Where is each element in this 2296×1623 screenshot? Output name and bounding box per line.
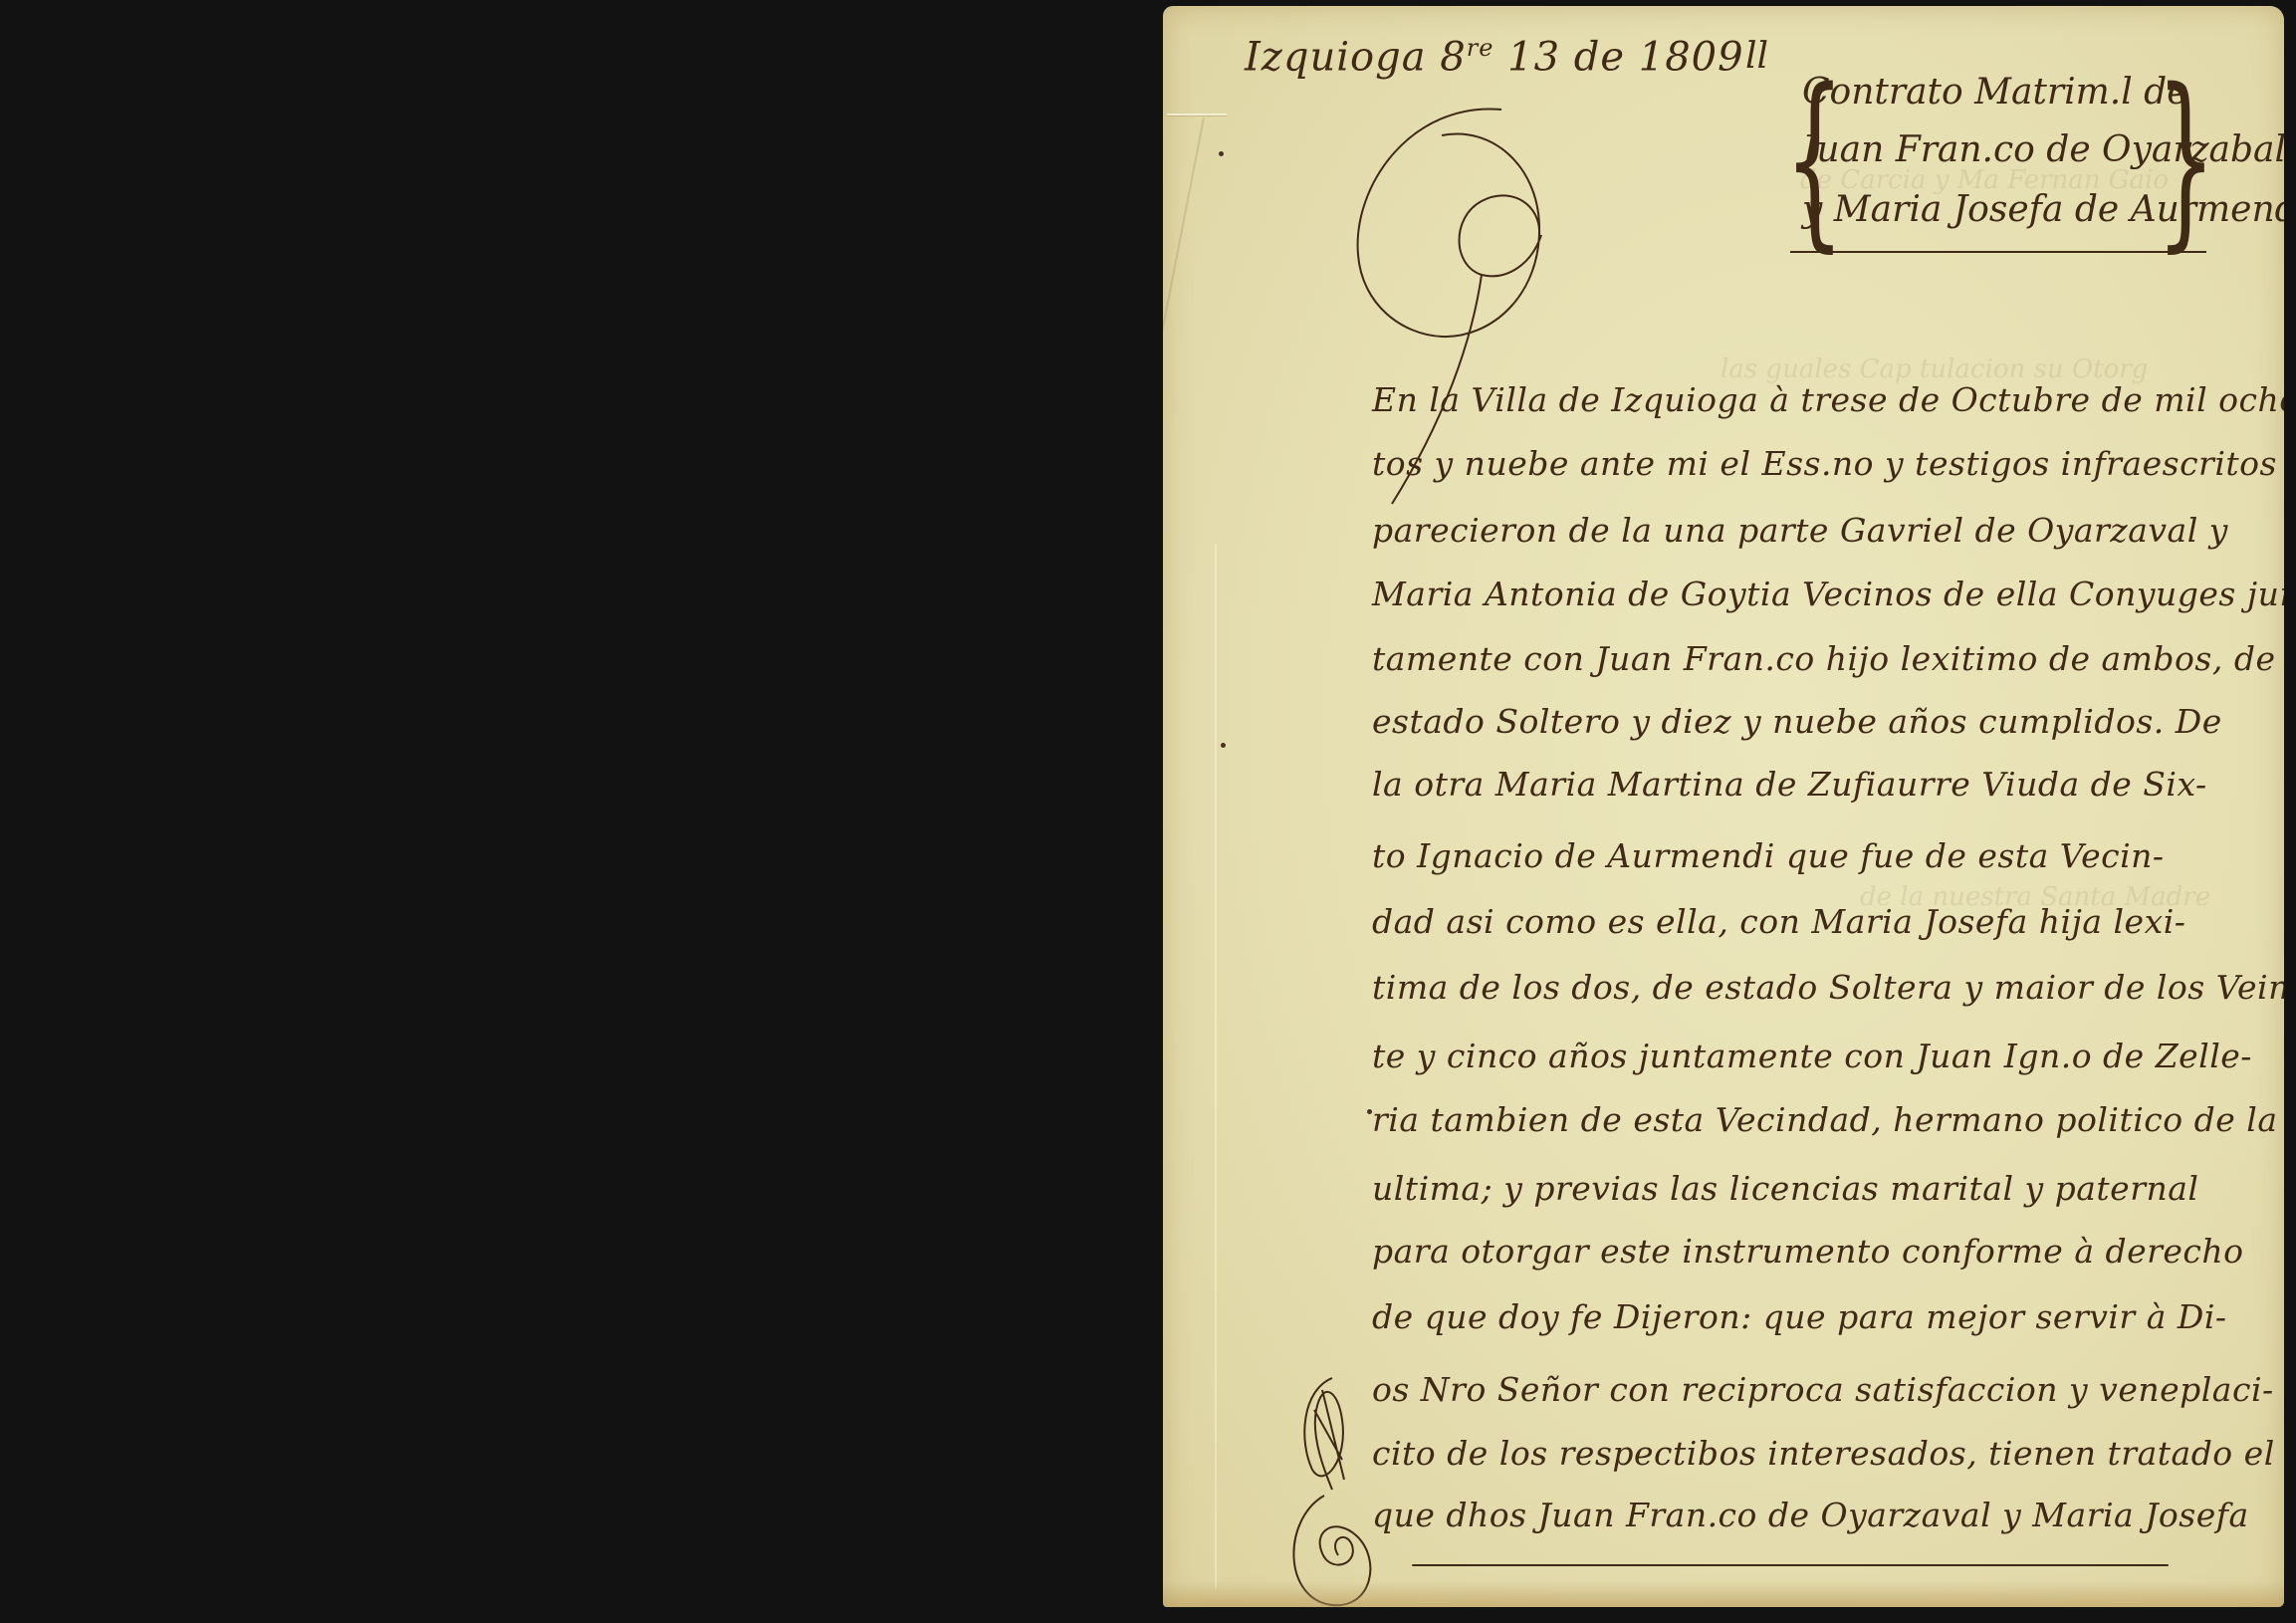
header-year: 1809 xyxy=(1639,34,1744,80)
body-line: ultima; y previas las licencias marital … xyxy=(1372,1169,2198,1208)
body-line: tos y nuebe ante mi el Ess.no y testigos… xyxy=(1372,444,2284,483)
body-line: cito de los respectibos interesados, tie… xyxy=(1372,1434,2275,1473)
body-line: Maria Antonia de Goytia Vecinos de ella … xyxy=(1372,575,2284,613)
body-line: te y cinco años juntamente con Juan Ign.… xyxy=(1372,1037,2252,1075)
manuscript-page: de Carcia y Ma Fernan Gaio las guales Ca… xyxy=(1163,6,2284,1607)
body-line: tima de los dos, de estado Soltera y mai… xyxy=(1372,968,2284,1007)
paper-fold-crease xyxy=(1167,114,1227,116)
title-line: Juan Fran.co de Oyarzabal xyxy=(1802,129,2284,170)
ink-spot xyxy=(1221,743,1226,748)
body-line: dad asi como es ella, con Maria Josefa h… xyxy=(1372,902,2185,941)
body-line: En la Villa de Izquioga à trese de Octub… xyxy=(1372,380,2284,419)
ink-spot xyxy=(1219,151,1224,156)
header-year-prefix: de xyxy=(1574,34,1625,80)
paper-fold-vertical xyxy=(1215,544,1217,1589)
header-day: 13 xyxy=(1507,34,1560,80)
viewer-background xyxy=(0,0,1160,1623)
title-box: { } Contrato Matrim.l de Juan Fran.co de… xyxy=(1790,68,2206,253)
body-line: parecieron de la una parte Gavriel de Oy… xyxy=(1372,511,2228,550)
ink-spot xyxy=(1367,1109,1372,1114)
header-place: Izquioga xyxy=(1245,34,1427,80)
closing-underline xyxy=(1412,1564,2169,1566)
body-line: estado Soltero y diez y nuebe años cumpl… xyxy=(1372,702,2222,741)
title-line: Contrato Matrim.l de xyxy=(1802,72,2188,113)
paper-fold-diagonal xyxy=(1163,117,1205,606)
title-line: y Maria Josefa de Aurmendi xyxy=(1802,189,2284,230)
header-place-date: Izquioga 8re 13 de 1809 xyxy=(1245,34,1744,80)
body-line: ria tambien de esta Vecindad, hermano po… xyxy=(1372,1100,2278,1139)
body-line: para otorgar este instrumento conforme à… xyxy=(1372,1232,2244,1271)
body-line: os Nro Señor con reciproca satisfaccion … xyxy=(1372,1370,2274,1409)
body-line: de que doy fe Dijeron: que para mejor se… xyxy=(1372,1297,2227,1336)
body-line: to Ignacio de Aurmendi que fue de esta V… xyxy=(1372,836,2165,875)
body-line: que dhos Juan Fran.co de Oyarzaval y Mar… xyxy=(1372,1496,2249,1534)
body-line: tamente con Juan Fran.co hijo lexitimo d… xyxy=(1372,639,2276,678)
header-month: 8 xyxy=(1440,34,1466,80)
header-month-sup: re xyxy=(1467,34,1494,62)
page-mark: ll xyxy=(1745,36,1768,77)
body-line: la otra Maria Martina de Zufiaurre Viuda… xyxy=(1372,765,2207,804)
page-bottom-edge xyxy=(1163,1581,2284,1607)
